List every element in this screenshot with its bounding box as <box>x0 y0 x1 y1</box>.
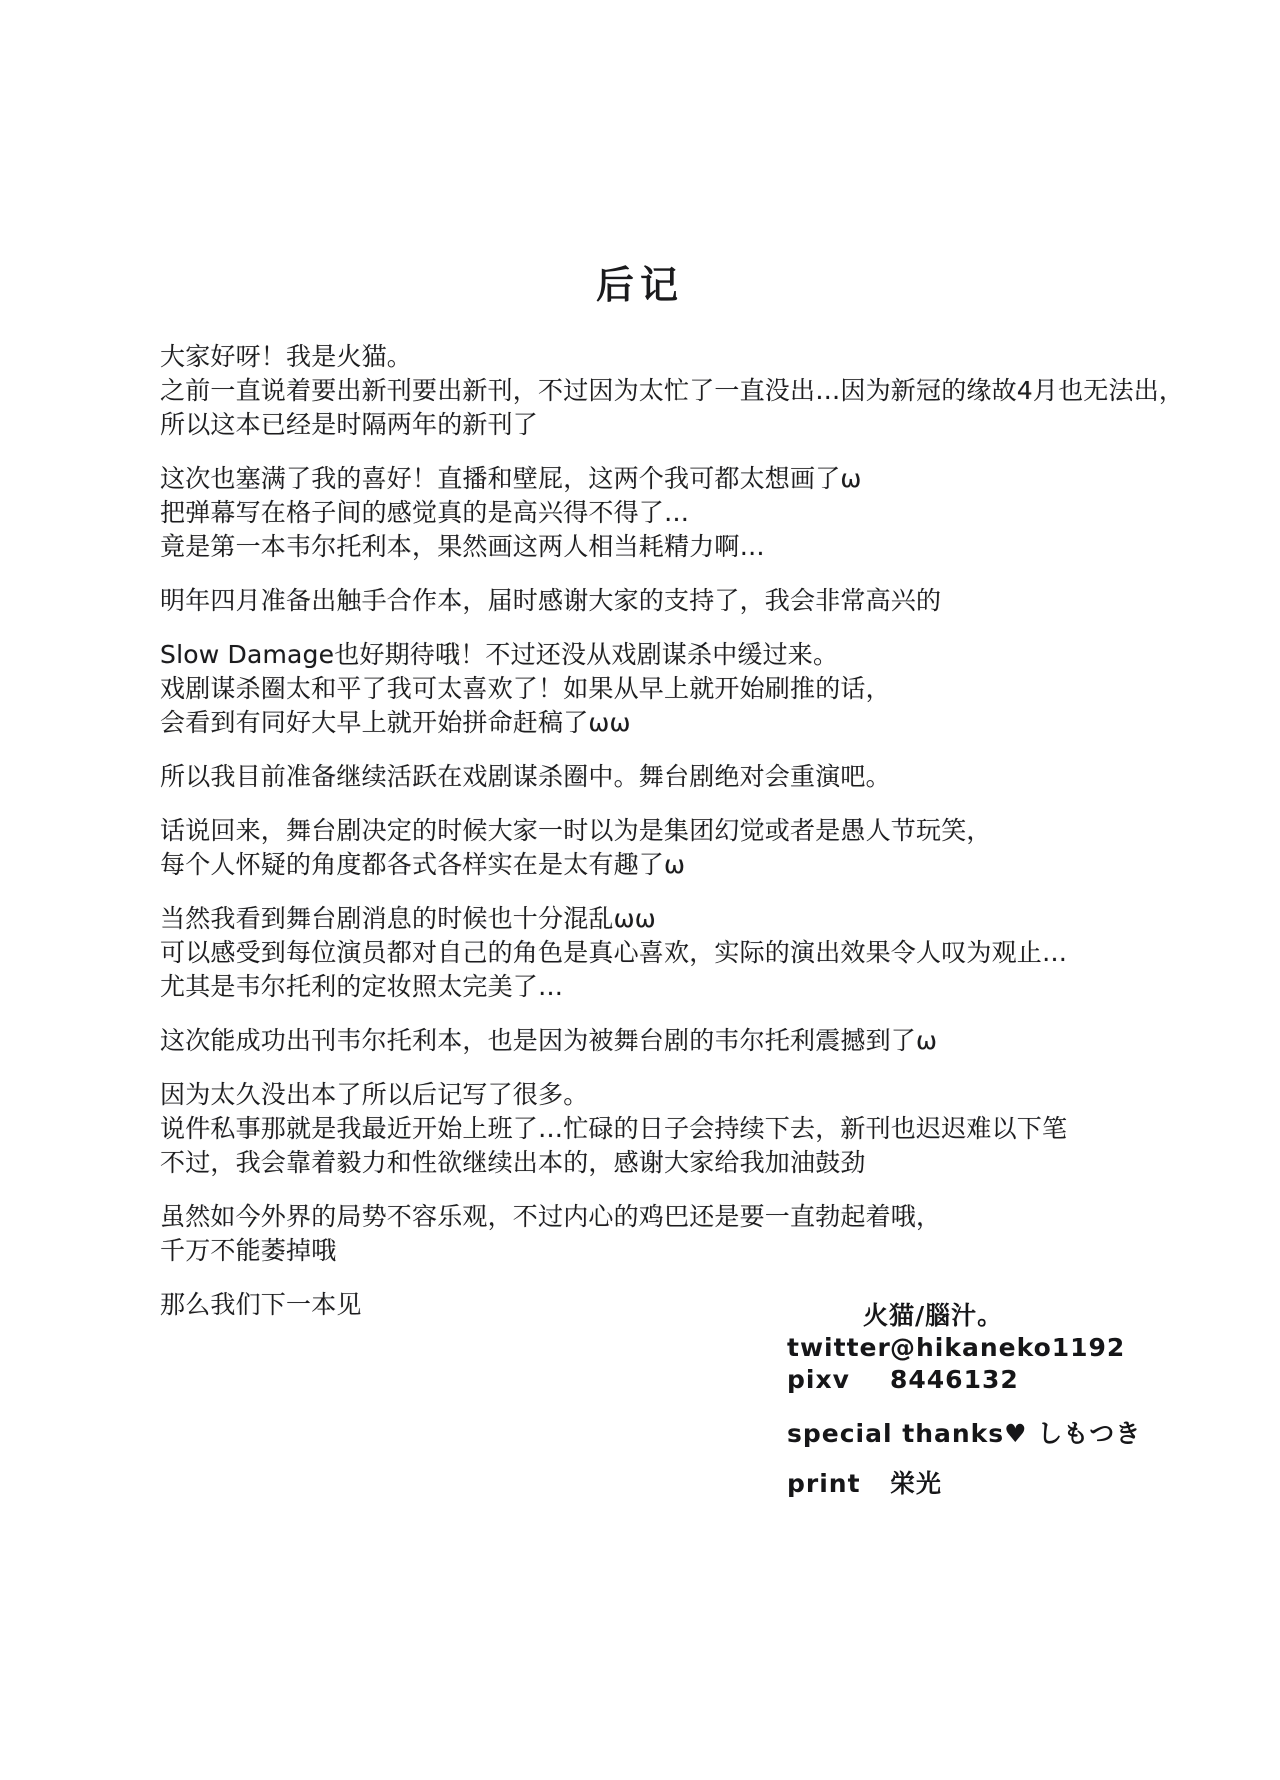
paragraph-line: 当然我看到舞台剧消息的时候也十分混乱ωω <box>160 902 1240 936</box>
pixiv-row: pixv 8446132 <box>787 1364 1207 1396</box>
paragraph-line: 说件私事那就是我最近开始上班了…忙碌的日子会持续下去，新刊也迟迟难以下笔 <box>160 1112 1240 1146</box>
paragraph-line: 不过，我会靠着毅力和性欲继续出本的，感谢大家给我加油鼓劲 <box>160 1146 1240 1180</box>
print-label: print <box>787 1468 890 1500</box>
paragraph: 话说回来，舞台剧决定的时候大家一时以为是集团幻觉或者是愚人节玩笑，每个人怀疑的角… <box>160 814 1240 882</box>
paragraph: 因为太久没出本了所以后记写了很多。说件私事那就是我最近开始上班了…忙碌的日子会持… <box>160 1078 1240 1180</box>
special-thanks: special thanks♥ しもつき <box>787 1418 1207 1450</box>
paragraph-line: 把弹幕写在格子间的感觉真的是高兴得不得了… <box>160 496 1240 530</box>
credits-block: 火猫/腦汁。 twitter @hikaneko1192 pixv 844613… <box>787 1300 1207 1500</box>
pixiv-id: 8446132 <box>890 1364 1019 1396</box>
print-row: print 栄光 <box>787 1468 1207 1500</box>
paragraph-line: 之前一直说着要出新刊要出新刊，不过因为太忙了一直没出…因为新冠的缘故4月也无法出… <box>160 374 1240 408</box>
paragraph: 这次也塞满了我的喜好！直播和壁屁，这两个我可都太想画了ω把弹幕写在格子间的感觉真… <box>160 462 1240 564</box>
paragraph-line: 会看到有同好大早上就开始拼命赶稿了ωω <box>160 706 1240 740</box>
paragraph-line: 虽然如今外界的局势不容乐观，不过内心的鸡巴还是要一直勃起着哦， <box>160 1200 1240 1234</box>
twitter-row: twitter @hikaneko1192 <box>787 1332 1207 1364</box>
paragraph-line: 话说回来，舞台剧决定的时候大家一时以为是集团幻觉或者是愚人节玩笑， <box>160 814 1240 848</box>
paragraph-line: 戏剧谋杀圈太和平了我可太喜欢了！如果从早上就开始刷推的话， <box>160 672 1240 706</box>
paragraph-line: 所以我目前准备继续活跃在戏剧谋杀圈中。舞台剧绝对会重演吧。 <box>160 760 1240 794</box>
twitter-label: twitter <box>787 1332 890 1364</box>
paragraph-line: 可以感受到每位演员都对自己的角色是真心喜欢，实际的演出效果令人叹为观止… <box>160 936 1240 970</box>
print-shop: 栄光 <box>890 1468 942 1500</box>
twitter-handle: @hikaneko1192 <box>890 1332 1125 1364</box>
paragraph-line: 这次也塞满了我的喜好！直播和壁屁，这两个我可都太想画了ω <box>160 462 1240 496</box>
page-title: 后记 <box>0 254 1280 309</box>
paragraph: 这次能成功出刊韦尔托利本，也是因为被舞台剧的韦尔托利震撼到了ω <box>160 1024 1240 1058</box>
paragraph-line: 大家好呀！我是火猫。 <box>160 340 1240 374</box>
paragraph-line: 每个人怀疑的角度都各式各样实在是太有趣了ω <box>160 848 1240 882</box>
paragraph-line: 所以这本已经是时隔两年的新刊了 <box>160 408 1240 442</box>
afterword-body: 大家好呀！我是火猫。之前一直说着要出新刊要出新刊，不过因为太忙了一直没出…因为新… <box>160 340 1240 1342</box>
paragraph-line: 因为太久没出本了所以后记写了很多。 <box>160 1078 1240 1112</box>
paragraph: 虽然如今外界的局势不容乐观，不过内心的鸡巴还是要一直勃起着哦，千万不能萎掉哦 <box>160 1200 1240 1268</box>
paragraph: 大家好呀！我是火猫。之前一直说着要出新刊要出新刊，不过因为太忙了一直没出…因为新… <box>160 340 1240 442</box>
paragraph-line: 明年四月准备出触手合作本，届时感谢大家的支持了，我会非常高兴的 <box>160 584 1240 618</box>
afterword-page: 后记 大家好呀！我是火猫。之前一直说着要出新刊要出新刊，不过因为太忙了一直没出…… <box>0 0 1280 1780</box>
pixiv-label: pixv <box>787 1364 890 1396</box>
paragraph-line: 千万不能萎掉哦 <box>160 1234 1240 1268</box>
paragraph: 所以我目前准备继续活跃在戏剧谋杀圈中。舞台剧绝对会重演吧。 <box>160 760 1240 794</box>
paragraph-line: 这次能成功出刊韦尔托利本，也是因为被舞台剧的韦尔托利震撼到了ω <box>160 1024 1240 1058</box>
paragraph-line: 尤其是韦尔托利的定妆照太完美了… <box>160 970 1240 1004</box>
paragraph: 明年四月准备出触手合作本，届时感谢大家的支持了，我会非常高兴的 <box>160 584 1240 618</box>
paragraph-line: Slow Damage也好期待哦！不过还没从戏剧谋杀中缓过来。 <box>160 638 1240 672</box>
artist-name: 火猫/腦汁。 <box>787 1300 1207 1332</box>
paragraph-line: 竟是第一本韦尔托利本，果然画这两人相当耗精力啊… <box>160 530 1240 564</box>
paragraph: Slow Damage也好期待哦！不过还没从戏剧谋杀中缓过来。戏剧谋杀圈太和平了… <box>160 638 1240 740</box>
paragraph: 当然我看到舞台剧消息的时候也十分混乱ωω可以感受到每位演员都对自己的角色是真心喜… <box>160 902 1240 1004</box>
